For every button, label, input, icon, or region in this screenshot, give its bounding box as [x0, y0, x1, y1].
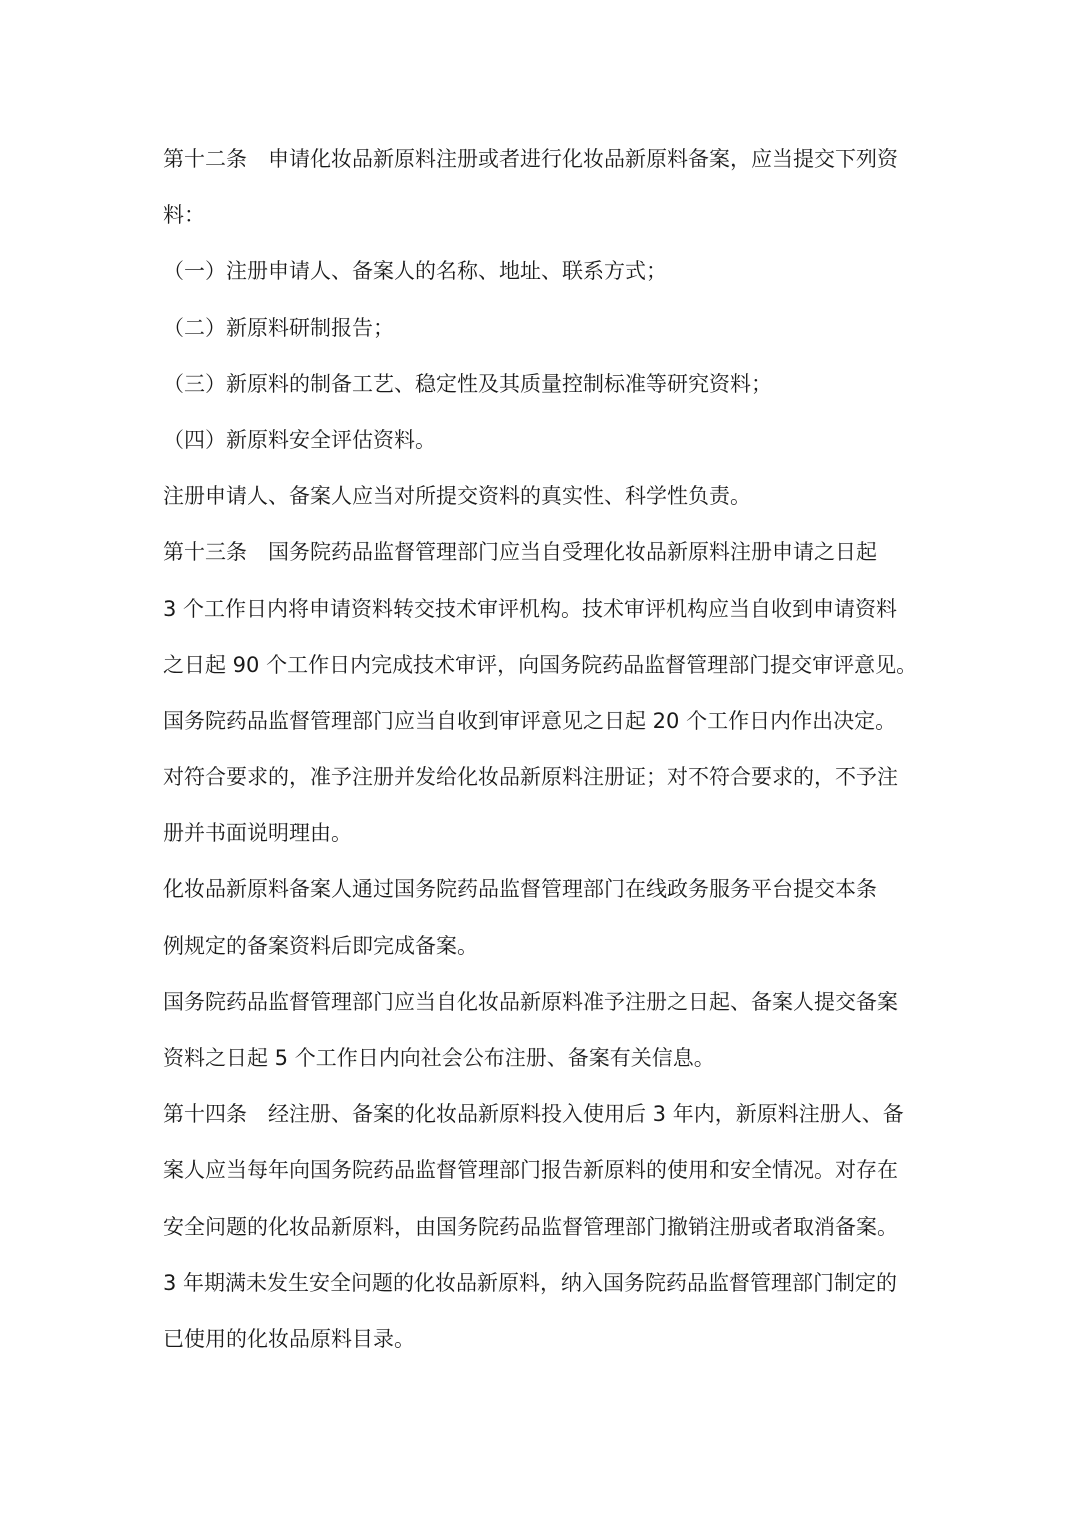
list-item-1: （一）注册申请人、备案人的名称、地址、联系方式；: [163, 253, 923, 309]
paragraph-line: 化妆品新原料备案人通过国务院药品监督管理部门在线政务服务平台提交本条: [163, 871, 923, 927]
article-13-heading-line: 第十三条 国务院药品监督管理部门应当自受理化妆品新原料注册申请之日起: [163, 534, 923, 590]
paragraph-line: 资料之日起 5 个工作日内向社会公布注册、备案有关信息。: [163, 1040, 923, 1096]
paragraph-line: 已使用的化妆品原料目录。: [163, 1321, 923, 1377]
paragraph-line: 之日起 90 个工作日内完成技术审评，向国务院药品监督管理部门提交审评意见。: [163, 647, 923, 703]
article-14-heading-line: 第十四条 经注册、备案的化妆品新原料投入使用后 3 年内，新原料注册人、备: [163, 1096, 923, 1152]
list-item-2: （二）新原料研制报告；: [163, 310, 923, 366]
document-body: 第十二条 申请化妆品新原料注册或者进行化妆品新原料备案，应当提交下列资 料： （…: [163, 141, 923, 1377]
paragraph-line: 国务院药品监督管理部门应当自收到审评意见之日起 20 个工作日内作出决定。: [163, 703, 923, 759]
paragraph-line: 安全问题的化妆品新原料，由国务院药品监督管理部门撤销注册或者取消备案。: [163, 1209, 923, 1265]
paragraph-line: 例规定的备案资料后即完成备案。: [163, 928, 923, 984]
paragraph-line: 3 年期满未发生安全问题的化妆品新原料，纳入国务院药品监督管理部门制定的: [163, 1265, 923, 1321]
paragraph-line: 注册申请人、备案人应当对所提交资料的真实性、科学性负责。: [163, 478, 923, 534]
list-item-3: （三）新原料的制备工艺、稳定性及其质量控制标准等研究资料；: [163, 366, 923, 422]
paragraph-line: 3 个工作日内将申请资料转交技术审评机构。技术审评机构应当自收到申请资料: [163, 591, 923, 647]
list-item-4: （四）新原料安全评估资料。: [163, 422, 923, 478]
paragraph-line: 册并书面说明理由。: [163, 815, 923, 871]
document-page: 第十二条 申请化妆品新原料注册或者进行化妆品新原料备案，应当提交下列资 料： （…: [0, 0, 1074, 1520]
article-12-heading-line: 第十二条 申请化妆品新原料注册或者进行化妆品新原料备案，应当提交下列资: [163, 141, 923, 197]
paragraph-line: 国务院药品监督管理部门应当自化妆品新原料准予注册之日起、备案人提交备案: [163, 984, 923, 1040]
article-12-heading-line-cont: 料：: [163, 197, 923, 253]
paragraph-line: 案人应当每年向国务院药品监督管理部门报告新原料的使用和安全情况。对存在: [163, 1152, 923, 1208]
paragraph-line: 对符合要求的，准予注册并发给化妆品新原料注册证；对不符合要求的，不予注: [163, 759, 923, 815]
